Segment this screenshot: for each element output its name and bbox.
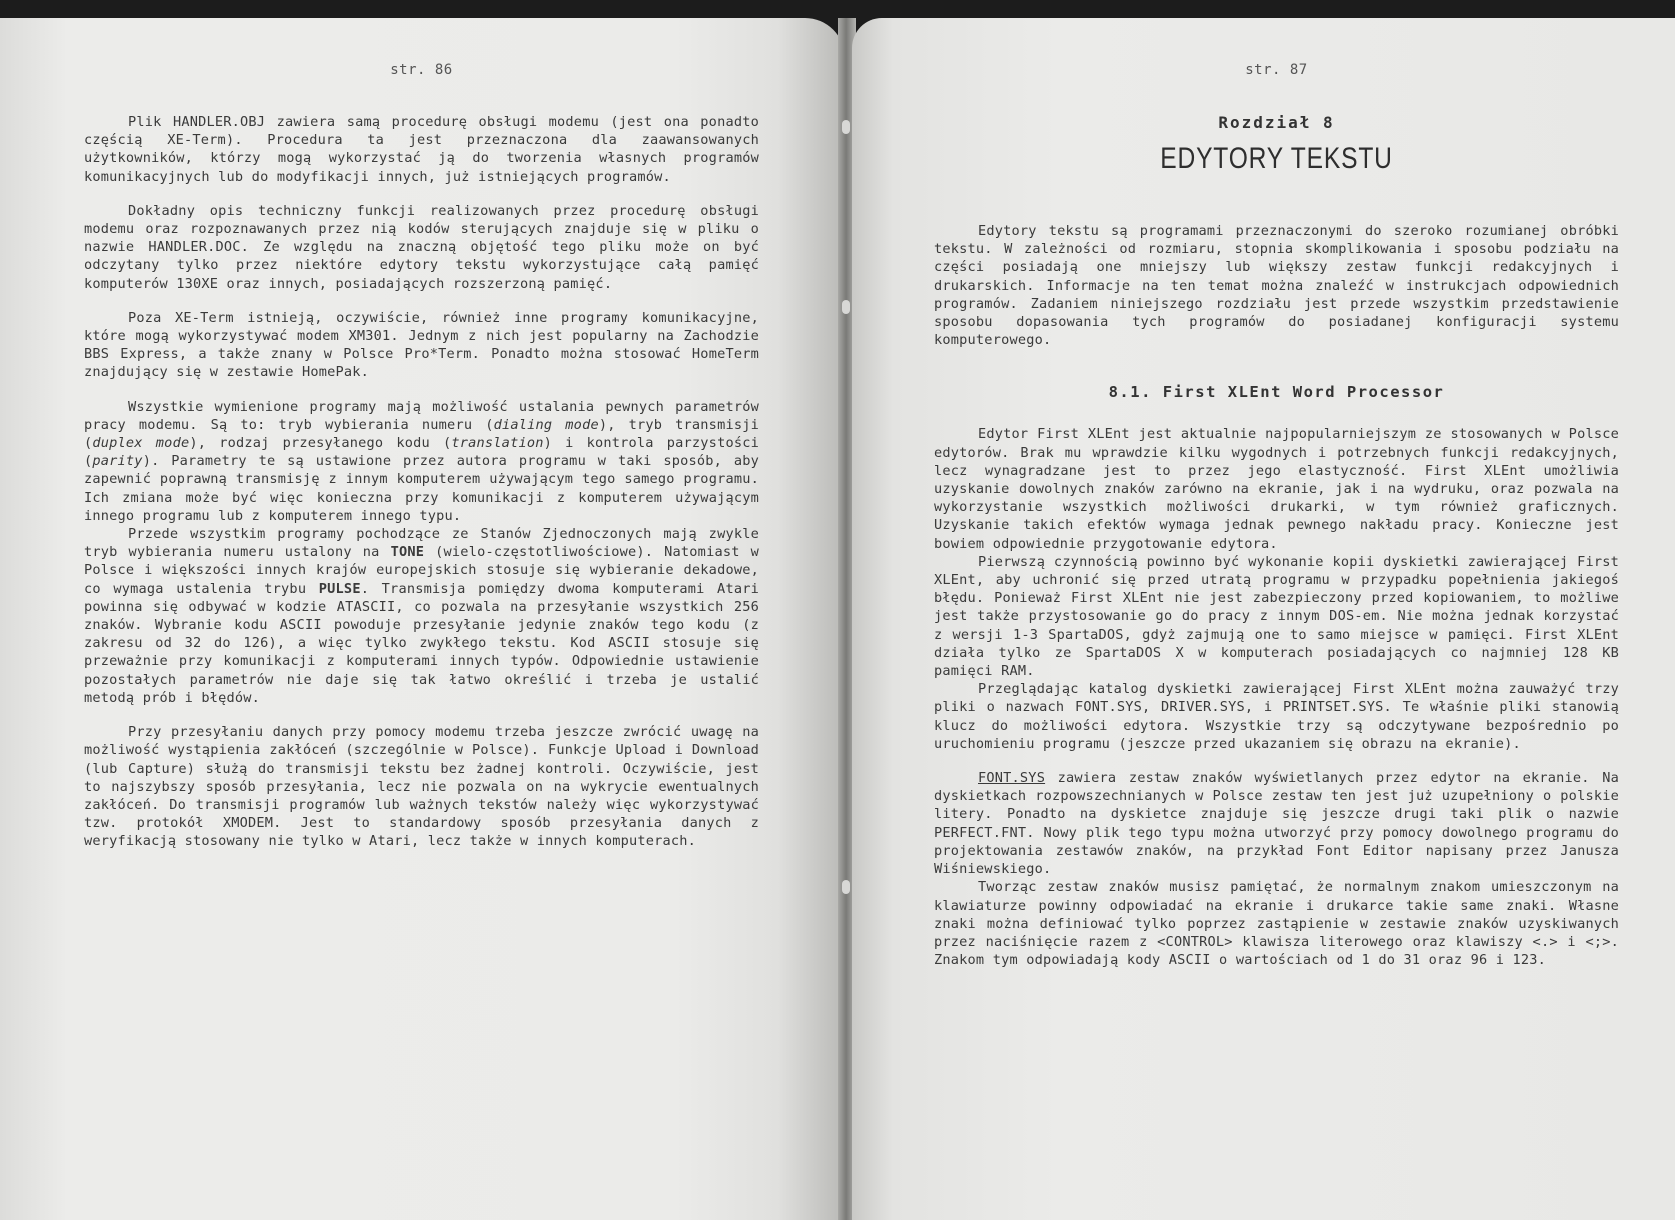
page-number: str. 87 [934, 62, 1619, 78]
paragraph: Poza XE-Term istnieją, oczywiście, równi… [84, 309, 759, 382]
paragraph: Przeglądając katalog dyskietki zawierają… [934, 680, 1619, 753]
paragraph: Tworząc zestaw znaków musisz pamiętać, ż… [934, 878, 1619, 969]
page-number: str. 86 [84, 62, 759, 78]
binding-stitch [842, 300, 850, 314]
right-page: str. 87 Rozdział 8 EDYTORY TEKSTU Edytor… [852, 18, 1675, 1220]
left-page-body: Plik HANDLER.OBJ zawiera samą procedurę … [84, 113, 759, 851]
paragraph: Wszystkie wymienione programy mają możli… [84, 398, 759, 525]
chapter-label: Rozdział 8 [934, 113, 1619, 132]
right-page-body: Edytor First XLEnt jest aktualnie najpop… [934, 425, 1619, 969]
paragraph: Pierwszą czynnością powinno być wykonani… [934, 553, 1619, 680]
paragraph: Edytor First XLEnt jest aktualnie najpop… [934, 425, 1619, 552]
paragraph: Dokładny opis techniczny funkcji realizo… [84, 202, 759, 293]
chapter-intro: Edytory tekstu są programami przeznaczon… [934, 222, 1619, 349]
paragraph: Przy przesyłaniu danych przy pomocy mode… [84, 723, 759, 850]
paragraph: FONT.SYS zawiera zestaw znaków wyświetla… [934, 769, 1619, 878]
book-spread: str. 86 Plik HANDLER.OBJ zawiera samą pr… [0, 0, 1675, 1220]
section-title: 8.1. First XLEnt Word Processor [934, 383, 1619, 401]
paragraph: Edytory tekstu są programami przeznaczon… [934, 222, 1619, 349]
binding-stitch [842, 120, 850, 134]
binding-stitch [842, 880, 850, 894]
chapter-title: EDYTORY TEKSTU [996, 142, 1558, 176]
paragraph: Plik HANDLER.OBJ zawiera samą procedurę … [84, 113, 759, 186]
paragraph: Przede wszystkim programy pochodzące ze … [84, 525, 759, 707]
left-page: str. 86 Plik HANDLER.OBJ zawiera samą pr… [0, 18, 845, 1220]
